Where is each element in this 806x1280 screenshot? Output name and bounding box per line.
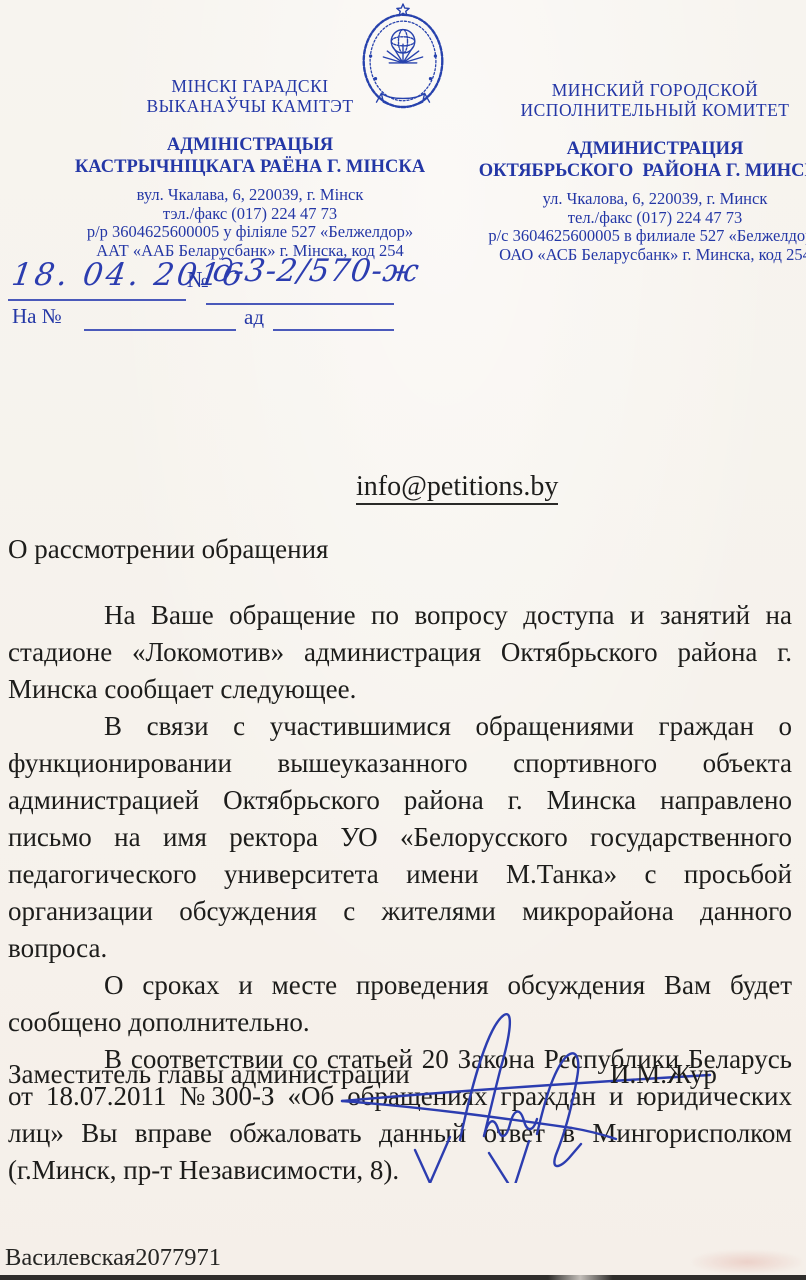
address-by-account: р/р 3604625600005 у філіяле 527 «Белжелд… [30, 223, 470, 242]
paragraph-2: В связи с участившимися обращениями граж… [8, 708, 792, 967]
recipient-email: info@petitions.by [356, 471, 558, 503]
address-ru-account: р/с 3604625600005 в филиале 527 «Белжелд… [445, 227, 806, 246]
admin-name-ru: АДМИНИСТРАЦИЯ ОКТЯБРЬСКОГО РАЙОНА Г. МИН… [445, 138, 806, 182]
reply-number-underline [84, 329, 236, 331]
handwritten-signature [332, 1008, 724, 1183]
org-name-by: МІНСКІ ГАРАДСКІ ВЫКАНАЎЧЫ КАМІТЭТ [30, 76, 470, 116]
admin-name-ru-line1: АДМИНИСТРАЦИЯ [445, 138, 806, 160]
number-sign-label: № [187, 267, 209, 293]
address-ru-bank: ОАО «АСБ Беларусбанк» г. Минска, код 254 [445, 246, 806, 265]
scanned-letter-page: МІНСКІ ГАРАДСКІ ВЫКАНАЎЧЫ КАМІТЭТ АДМІНІ… [0, 0, 806, 1280]
admin-name-ru-line2: ОКТЯБРЬСКОГО РАЙОНА Г. МИНСКА [445, 160, 806, 182]
reply-to-label: На № [12, 304, 62, 329]
address-ru-street: ул. Чкалова, 6, 220039, г. Минск [445, 190, 806, 209]
scan-artifact-bottom-edge [0, 1275, 806, 1280]
address-by-phone: тэл./факс (017) 224 47 73 [30, 205, 470, 224]
admin-name-by-line2: КАСТРЫЧНІЦКАГА РАЁНА Г. МІНСКА [30, 156, 470, 178]
handwritten-outgoing-number: д-3-2/570-ж [210, 253, 421, 289]
admin-name-by-line1: АДМІНІСТРАЦЫЯ [30, 134, 470, 156]
header-belarusian: МІНСКІ ГАРАДСКІ ВЫКАНАЎЧЫ КАМІТЭТ АДМІНІ… [30, 76, 470, 260]
paragraph-1: На Ваше обращение по вопросу доступа и з… [8, 597, 792, 708]
reply-date-underline [273, 329, 394, 331]
org-name-by-line1: МІНСКІ ГАРАДСКІ [30, 76, 470, 96]
org-name-ru-line1: МИНСКИЙ ГОРОДСКОЙ [445, 80, 806, 100]
address-ru: ул. Чкалова, 6, 220039, г. Минск тел./фа… [445, 190, 806, 264]
subject-line: О рассмотрении обращения [8, 534, 328, 565]
number-underline [206, 303, 394, 305]
org-name-ru: МИНСКИЙ ГОРОДСКОЙ ИСПОЛНИТЕЛЬНЫЙ КОМИТЕТ [445, 80, 806, 120]
admin-name-by: АДМІНІСТРАЦЫЯ КАСТРЫЧНІЦКАГА РАЁНА Г. МІ… [30, 134, 470, 178]
org-name-by-line2: ВЫКАНАЎЧЫ КАМІТЭТ [30, 96, 470, 116]
header-russian: МИНСКИЙ ГОРОДСКОЙ ИСПОЛНИТЕЛЬНЫЙ КОМИТЕТ… [445, 80, 806, 264]
org-name-ru-line2: ИСПОЛНИТЕЛЬНЫЙ КОМИТЕТ [445, 100, 806, 120]
address-by-street: вул. Чкалава, 6, 220039, г. Мінск [30, 186, 470, 205]
executor-note: Василевская2077971 [5, 1244, 221, 1272]
address-by: вул. Чкалава, 6, 220039, г. Мінск тэл./ф… [30, 186, 470, 260]
address-ru-phone: тел./факс (017) 224 47 73 [445, 209, 806, 228]
reply-from-label: ад [244, 305, 264, 330]
recipient-email-text: info@petitions.by [356, 471, 558, 505]
date-underline [8, 299, 186, 301]
signer-name: И.М.Жур [610, 1059, 717, 1090]
scan-artifact-stamp-residue [692, 1250, 802, 1274]
